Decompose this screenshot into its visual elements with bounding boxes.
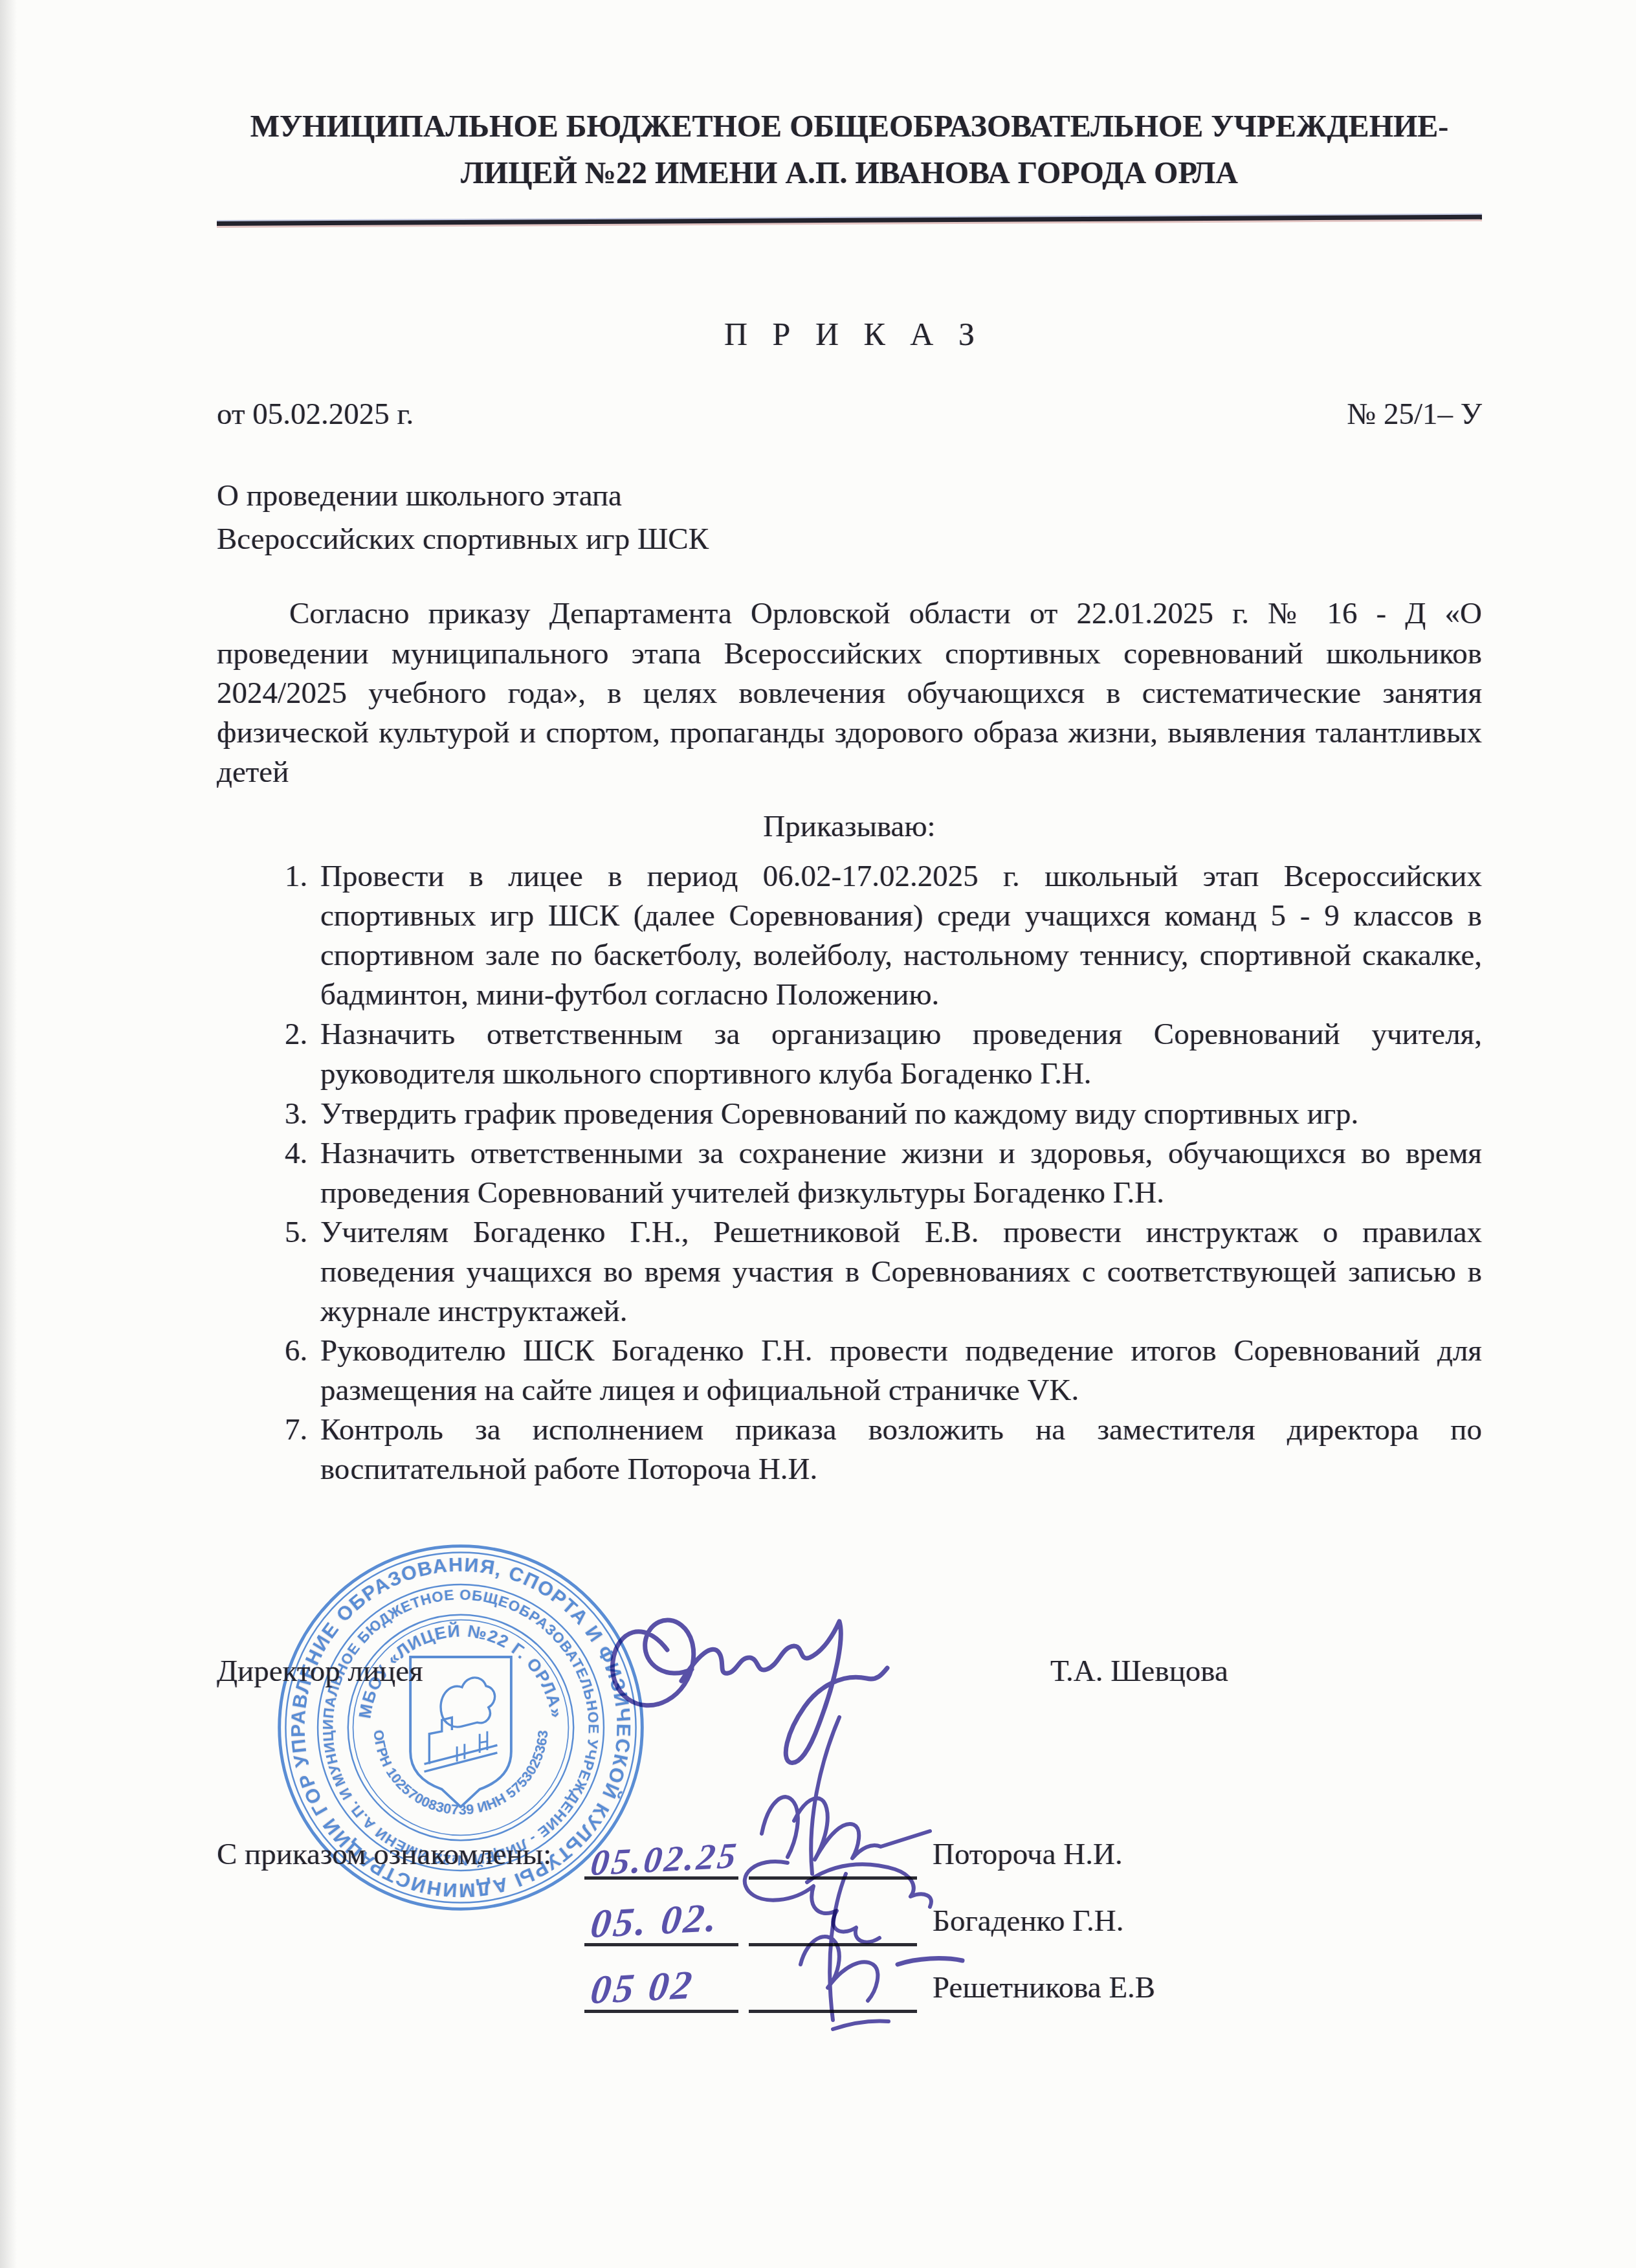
handwritten-date-3: 05 02 [588, 1962, 697, 2014]
order-subject-line2: Всероссийских спортивных игр ШСК [217, 518, 1482, 561]
ack-label-spacer [217, 2005, 584, 2013]
document-type-title: П Р И К А З [217, 315, 1482, 353]
scanner-edge-shadow [0, 0, 17, 2268]
ack-date-line-3: 05 02 [584, 1943, 738, 2013]
ack-signature-line-3 [749, 1943, 917, 2013]
order-number: № 25/1– У [1347, 397, 1482, 432]
order-items-list: Провести в лицее в период 06.02-17.02.20… [217, 857, 1482, 1490]
order-item-4: Назначить ответственными за сохранение ж… [315, 1134, 1482, 1213]
order-item-5: Учителям Богаденко Г.Н., Решетниковой Е.… [315, 1213, 1482, 1331]
director-name: Т.А. Шевцова [1050, 1654, 1228, 1689]
organization-name-line2: ЛИЦЕЙ №22 ИМЕНИ А.П. ИВАНОВА ГОРОДА ОРЛА [217, 150, 1482, 197]
order-item-7: Контроль за исполнением приказа возложит… [315, 1410, 1482, 1489]
order-subject: О проведении школьного этапа Всероссийск… [217, 474, 1482, 561]
handwritten-signature-3 [736, 1867, 1008, 2036]
stamp-coat-of-arms [410, 1657, 511, 1807]
document-content: МУНИЦИПАЛЬНОЕ БЮДЖЕТНОЕ ОБЩЕОБРАЗОВАТЕЛЬ… [217, 0, 1482, 2013]
order-item-3: Утвердить график проведения Соревнований… [315, 1095, 1482, 1134]
acknowledgement-block: С приказом ознакомлены: 05.02.25 Потороч… [217, 1813, 1482, 2013]
order-preamble: Согласно приказу Департамента Орловской … [217, 594, 1482, 792]
handwritten-date-2: 05. 02. [588, 1895, 722, 1948]
stamp-inner-bottom-text: ОГРН 1025700830739 ИНН 5753025363 [371, 1729, 551, 1818]
svg-text:ОГРН 1025700830739 ИНН 5753025: ОГРН 1025700830739 ИНН 5753025363 [371, 1729, 551, 1818]
director-title: Директор лицея [217, 1654, 423, 1689]
ack-label: С приказом ознакомлены: [217, 1837, 584, 1880]
organization-name-line1: МУНИЦИПАЛЬНОЕ БЮДЖЕТНОЕ ОБЩЕОБРАЗОВАТЕЛЬ… [217, 104, 1482, 150]
order-item-6: Руководителю ШСК Богаденко Г.Н. провести… [315, 1331, 1482, 1410]
order-date: от 05.02.2025 г. [217, 397, 414, 432]
scanned-order-page: МУНИЦИПАЛЬНОЕ БЮДЖЕТНОЕ ОБЩЕОБРАЗОВАТЕЛЬ… [0, 0, 1636, 2268]
ack-row-3: 05 02 Решетникова Е.В [217, 1946, 1482, 2013]
order-item-2: Назначить ответственным за организацию п… [315, 1015, 1482, 1094]
order-meta-row: от 05.02.2025 г. № 25/1– У [217, 397, 1482, 432]
resolve-word: Приказываю: [217, 809, 1482, 844]
organization-header: МУНИЦИПАЛЬНОЕ БЮДЖЕТНОЕ ОБЩЕОБРАЗОВАТЕЛЬ… [217, 104, 1482, 197]
order-item-1: Провести в лицее в период 06.02-17.02.20… [315, 857, 1482, 1015]
order-subject-line1: О проведении школьного этапа [217, 474, 1482, 518]
header-divider-line [217, 215, 1482, 226]
ack-label-spacer [217, 1939, 584, 1946]
